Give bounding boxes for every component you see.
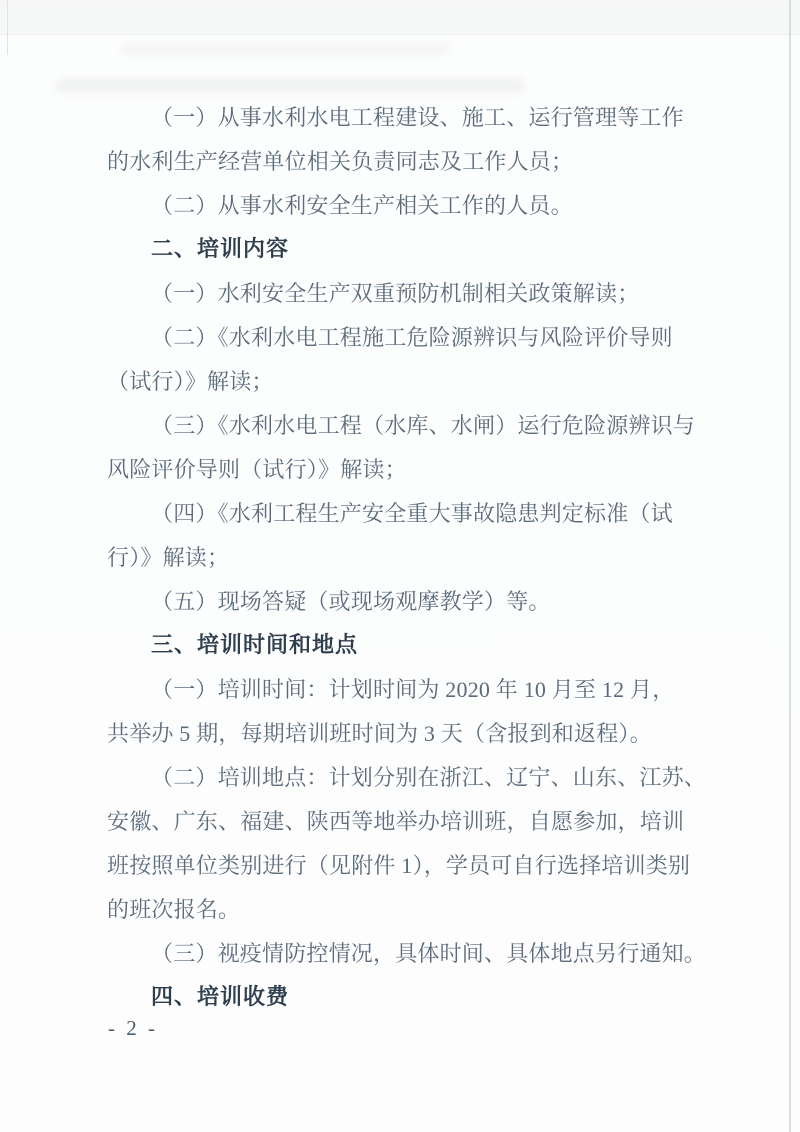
document-line: （一）培训时间：计划时间为 2020 年 10 月至 12 月， <box>107 668 692 712</box>
document-line: （一）从事水利水电工程建设、施工、运行管理等工作 <box>107 96 692 140</box>
document-line: （二）培训地点：计划分别在浙江、辽宁、山东、江苏、 <box>107 756 692 800</box>
section-heading-training-fees: 四、培训收费 <box>107 976 692 1020</box>
document-line: 班按照单位类别进行（见附件 1），学员可自行选择培训类别 <box>107 844 692 888</box>
document-line: （试行）》解读； <box>107 360 692 404</box>
scan-artifact-left-edge <box>7 0 8 55</box>
section-heading-training-time-place: 三、培训时间和地点 <box>107 624 692 668</box>
scanned-document-page: （一）从事水利水电工程建设、施工、运行管理等工作 的水利生产经营单位相关负责同志… <box>0 0 800 1132</box>
page-number: - 2 - <box>108 1014 158 1042</box>
scan-artifact-right-edge <box>789 0 791 1132</box>
scan-artifact-bleedthrough <box>55 78 525 94</box>
document-line: 行）》解读； <box>107 536 692 580</box>
document-line: 的班次报名。 <box>107 888 692 932</box>
document-line: （一）水利安全生产双重预防机制相关政策解读； <box>107 272 692 316</box>
document-line: （四）《水利工程生产安全重大事故隐患判定标准（试 <box>107 492 692 536</box>
scan-artifact-top-band <box>0 0 800 35</box>
document-body: （一）从事水利水电工程建设、施工、运行管理等工作 的水利生产经营单位相关负责同志… <box>107 96 692 1020</box>
scan-artifact-smudge <box>120 44 450 54</box>
document-line: 风险评价导则（试行）》解读； <box>107 448 692 492</box>
document-line: （二）《水利水电工程施工危险源辨识与风险评价导则 <box>107 316 692 360</box>
document-line: （三）《水利水电工程（水库、水闸）运行危险源辨识与 <box>107 404 692 448</box>
document-line: （三）视疫情防控情况，具体时间、具体地点另行通知。 <box>107 932 692 976</box>
section-heading-training-content: 二、培训内容 <box>107 228 692 272</box>
document-line: （五）现场答疑（或现场观摩教学）等。 <box>107 580 692 624</box>
document-line: 的水利生产经营单位相关负责同志及工作人员； <box>107 140 692 184</box>
document-line: 共举办 5 期，每期培训班时间为 3 天（含报到和返程）。 <box>107 712 692 756</box>
document-line: 安徽、广东、福建、陕西等地举办培训班，自愿参加，培训 <box>107 800 692 844</box>
document-line: （二）从事水利安全生产相关工作的人员。 <box>107 184 692 228</box>
